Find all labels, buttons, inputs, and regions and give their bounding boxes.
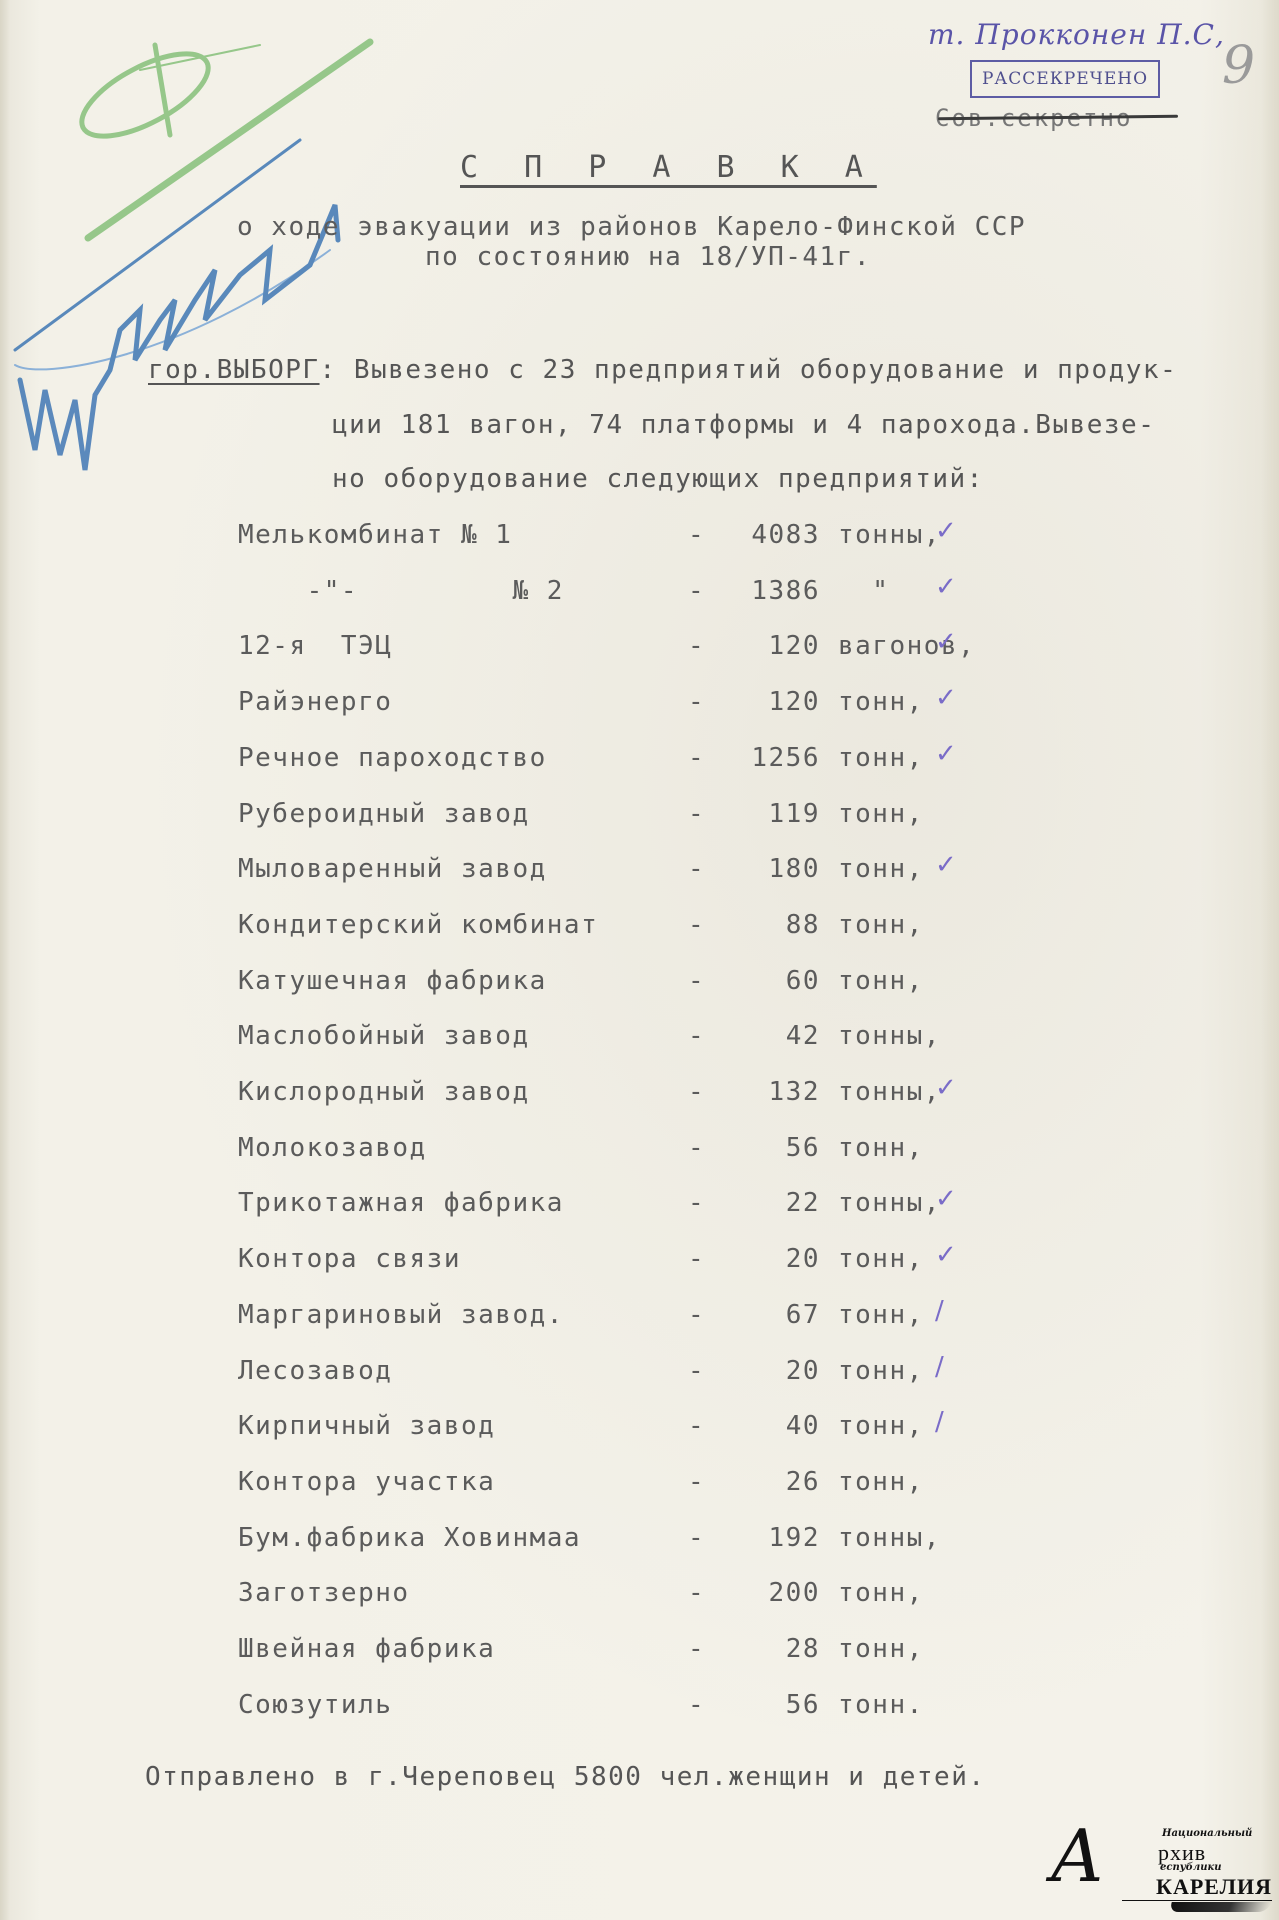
enterprise-name: Кондитерский комбинат [238, 910, 598, 940]
list-item: Союзутиль-56тонн. [0, 1690, 1279, 1724]
enterprise-name: Лесозавод [238, 1356, 392, 1386]
enterprise-name: Кислородный завод [238, 1077, 530, 1107]
checkmark-icon: ✓ [935, 850, 958, 880]
enterprise-name: Союзутиль [238, 1690, 392, 1720]
checkmark-icon: / [935, 1352, 945, 1382]
enterprise-name: Речное пароходство [238, 743, 547, 773]
amount-value: 88 [720, 910, 820, 940]
dash-separator: - [688, 576, 705, 606]
logo-line3: еспублики [1160, 1862, 1222, 1873]
amount-value: 26 [720, 1467, 820, 1497]
enterprise-name: 12-я ТЭЦ [238, 631, 392, 661]
unit-label: тонн, [838, 910, 924, 940]
city-colon: : [320, 355, 337, 385]
intro-line1: гор.ВЫБОРГ: Вывезено с 23 предприятий об… [148, 355, 1177, 385]
checkmark-icon: ✓ [935, 1184, 958, 1214]
list-item: Маслобойный завод-42тонны, [0, 1021, 1279, 1055]
list-item: Бум.фабрика Ховинмаа-192тонны, [0, 1523, 1279, 1557]
logo-line1: Национальный [1162, 1828, 1252, 1839]
enterprise-name: Трикотажная фабрика [238, 1188, 564, 1218]
enterprise-name: Мелькомбинат № 1 [238, 520, 512, 550]
amount-value: 120 [720, 687, 820, 717]
unit-label: тонн, [838, 1578, 924, 1608]
checkmark-icon: ✓ [935, 572, 958, 602]
list-item: Мыловаренный завод-180тонн,✓ [0, 854, 1279, 888]
amount-value: 4083 [720, 520, 820, 550]
amount-value: 180 [720, 854, 820, 884]
amount-value: 56 [720, 1133, 820, 1163]
amount-value: 20 [720, 1244, 820, 1274]
intro-line3: но оборудование следующих предприятий: [332, 464, 984, 494]
intro-text-line1: Вывезено с 23 предприятий оборудование и… [337, 355, 1178, 385]
amount-value: 22 [720, 1188, 820, 1218]
unit-label: тонн, [838, 966, 924, 996]
checkmark-icon: ✓ [935, 739, 958, 769]
dash-separator: - [688, 1634, 705, 1664]
page-number: 9 [1222, 36, 1255, 96]
list-item: Мелькомбинат № 1-4083тонны,✓ [0, 520, 1279, 554]
amount-value: 200 [720, 1578, 820, 1608]
amount-value: 67 [720, 1300, 820, 1330]
enterprise-name: Швейная фабрика [238, 1634, 495, 1664]
unit-label: тонн, [838, 1300, 924, 1330]
enterprise-name: Контора связи [238, 1244, 461, 1274]
green-resolution-mark-icon [70, 37, 370, 238]
enterprise-name: Маслобойный завод [238, 1021, 530, 1051]
list-item: Лесозавод-20тонн,/ [0, 1356, 1279, 1390]
dash-separator: - [688, 1356, 705, 1386]
amount-value: 132 [720, 1077, 820, 1107]
dash-separator: - [688, 1690, 705, 1720]
page-right-edge [1261, 0, 1279, 1920]
list-item: Кондитерский комбинат-88тонн, [0, 910, 1279, 944]
amount-value: 28 [720, 1634, 820, 1664]
document-title: С П Р А В К А [460, 150, 877, 185]
enterprise-name: Контора участка [238, 1467, 495, 1497]
unit-label: тонн, [838, 1356, 924, 1386]
unit-label: тонн, [838, 687, 924, 717]
unit-label: тонн, [838, 1244, 924, 1274]
page-left-edge [0, 0, 10, 1920]
unit-label: тонн, [838, 1467, 924, 1497]
unit-label: тонн, [838, 1133, 924, 1163]
dash-separator: - [688, 1021, 705, 1051]
unit-label: тонн, [838, 799, 924, 829]
dash-separator: - [688, 910, 705, 940]
list-item: Катушечная фабрика-60тонн, [0, 966, 1279, 1000]
amount-value: 119 [720, 799, 820, 829]
unit-label: тонны, [838, 1188, 941, 1218]
blue-signature-icon [15, 140, 338, 470]
enterprise-name: Кирпичный завод [238, 1411, 495, 1441]
list-item: Речное пароходство-1256тонн,✓ [0, 743, 1279, 777]
amount-value: 192 [720, 1523, 820, 1553]
unit-label: тонн, [838, 743, 924, 773]
dash-separator: - [688, 1077, 705, 1107]
amount-value: 56 [720, 1690, 820, 1720]
dash-separator: - [688, 1411, 705, 1441]
enterprise-name: Маргариновый завод. [238, 1300, 564, 1330]
enterprise-name: Мыловаренный завод [238, 854, 547, 884]
unit-label: тонны, [838, 1077, 941, 1107]
list-item: Заготзерно-200тонн, [0, 1578, 1279, 1612]
intro-line2: ции 181 вагон, 74 платформы и 4 парохода… [332, 410, 1155, 440]
logo-line4: КАРЕЛИЯ [1156, 1874, 1272, 1900]
list-item: Райэнерго-120тонн,✓ [0, 687, 1279, 721]
enterprise-name: Катушечная фабрика [238, 966, 547, 996]
archive-monogram: А [1050, 1820, 1105, 1892]
list-item: Трикотажная фабрика-22тонны,✓ [0, 1188, 1279, 1222]
checkmark-icon: ✓ [935, 1073, 958, 1103]
checkmark-icon: / [935, 1407, 945, 1437]
dash-separator: - [688, 1244, 705, 1274]
enterprise-name: Молокозавод [238, 1133, 427, 1163]
list-item: Контора участка-26тонн, [0, 1467, 1279, 1501]
dash-separator: - [688, 1133, 705, 1163]
checkmark-icon: ✓ [935, 683, 958, 713]
dash-separator: - [688, 631, 705, 661]
amount-value: 1256 [720, 743, 820, 773]
list-item: Рубероидный завод-119тонн, [0, 799, 1279, 833]
unit-label: тонны, [838, 1021, 941, 1051]
dash-separator: - [688, 1523, 705, 1553]
dash-separator: - [688, 854, 705, 884]
stamp-label: РАССЕКРЕЧЕНО [982, 69, 1148, 89]
list-item: Швейная фабрика-28тонн, [0, 1634, 1279, 1668]
list-item: Кислородный завод-132тонны,✓ [0, 1077, 1279, 1111]
declassified-stamp: РАССЕКРЕЧЕНО [970, 60, 1160, 98]
amount-value: 1386 [720, 576, 820, 606]
logo-rule [1122, 1900, 1272, 1901]
dash-separator: - [688, 1300, 705, 1330]
enterprise-name: Райэнерго [238, 687, 392, 717]
archival-document-page: т. Прокконен П.С, РАССЕКРЕЧЕНО Сов.секре… [0, 0, 1279, 1920]
checkmark-icon: / [935, 1296, 945, 1326]
unit-label: " [838, 576, 889, 606]
list-item: Молокозавод-56тонн, [0, 1133, 1279, 1167]
enterprise-name: -"- № 2 [238, 576, 564, 606]
dash-separator: - [688, 799, 705, 829]
amount-value: 40 [720, 1411, 820, 1441]
list-item: Контора связи-20тонн,✓ [0, 1244, 1279, 1278]
checkmark-icon: ✓ [935, 516, 958, 546]
dash-separator: - [688, 1578, 705, 1608]
list-item: Кирпичный завод-40тонн,/ [0, 1411, 1279, 1445]
checkmark-icon: ✓ [935, 1240, 958, 1270]
dash-separator: - [688, 743, 705, 773]
pencil-annotations [0, 0, 1279, 1920]
checkmark-icon: ✓ [935, 627, 958, 657]
unit-label: тонн, [838, 1634, 924, 1664]
unit-label: тонны, [838, 1523, 941, 1553]
dash-separator: - [688, 520, 705, 550]
document-subtitle-line2: по состоянию на 18/УП-41г. [425, 242, 1279, 272]
list-item: 12-я ТЭЦ-120вагонов,✓ [0, 631, 1279, 665]
handwritten-addressee: т. Прокконен П.С, [928, 18, 1225, 51]
dash-separator: - [688, 687, 705, 717]
list-item: Маргариновый завод.-67тонн,/ [0, 1300, 1279, 1334]
document-subtitle-line1: о ходе эвакуации из районов Карело-Финск… [237, 212, 1137, 242]
amount-value: 60 [720, 966, 820, 996]
unit-label: тонн, [838, 854, 924, 884]
dash-separator: - [688, 1467, 705, 1497]
enterprise-name: Заготзерно [238, 1578, 410, 1608]
enterprise-name: Бум.фабрика Ховинмаа [238, 1523, 581, 1553]
footer-line: Отправлено в г.Череповец 5800 чел.женщин… [145, 1762, 986, 1792]
dash-separator: - [688, 1188, 705, 1218]
amount-value: 42 [720, 1021, 820, 1051]
amount-value: 20 [720, 1356, 820, 1386]
feather-icon [1168, 1902, 1272, 1912]
enterprise-name: Рубероидный завод [238, 799, 530, 829]
unit-label: тонн. [838, 1690, 924, 1720]
amount-value: 120 [720, 631, 820, 661]
unit-label: тонн, [838, 1411, 924, 1441]
archive-logo: А Национальный рхив еспублики КАРЕЛИЯ [1050, 1820, 1270, 1915]
city-label: гор.ВЫБОРГ [148, 355, 320, 385]
unit-label: тонны, [838, 520, 941, 550]
list-item: -"- № 2-1386 "✓ [0, 576, 1279, 610]
dash-separator: - [688, 966, 705, 996]
